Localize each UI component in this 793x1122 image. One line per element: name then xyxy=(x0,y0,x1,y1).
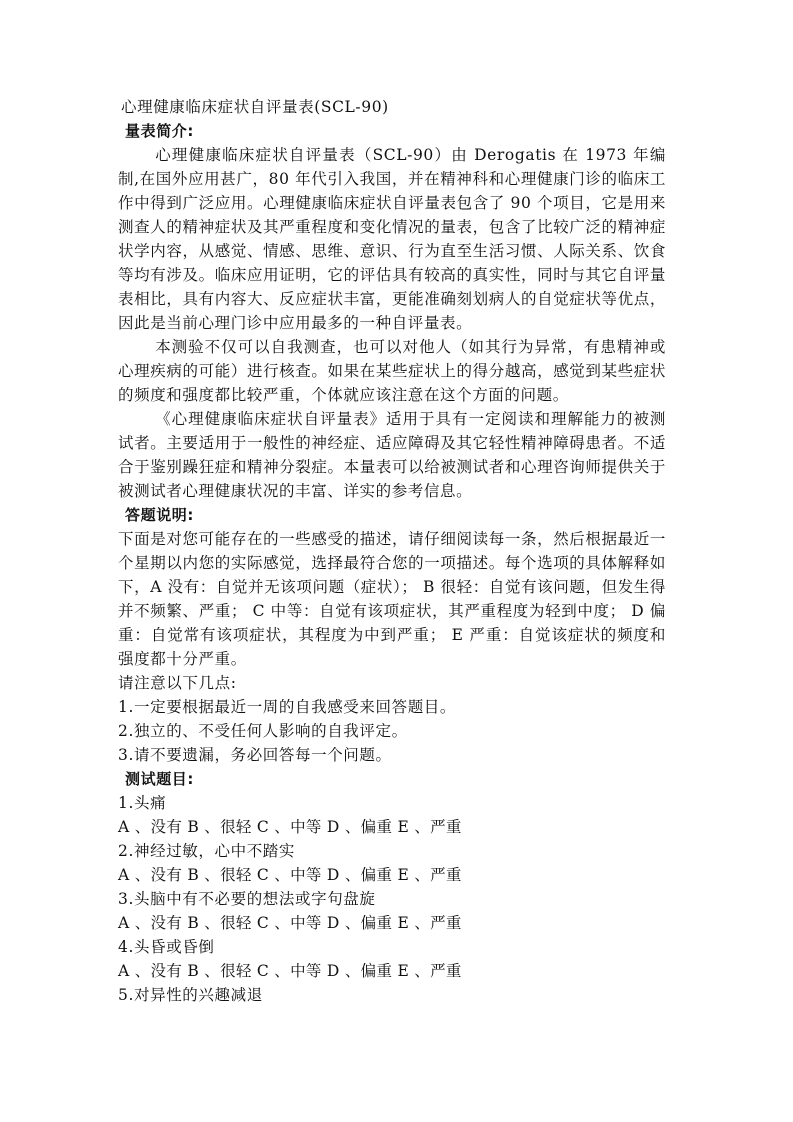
question-options: A 、没有 B 、很轻 C 、中等 D 、偏重 E 、严重 xyxy=(118,863,666,887)
intro-paragraph-1: 心理健康临床症状自评量表（SCL-90）由 Derogatis 在 1973 年… xyxy=(118,143,666,335)
notes-label: 请注意以下几点: xyxy=(118,671,666,695)
intro-paragraph-2: 本测验不仅可以自我测查，也可以对他人（如其行为异常，有患精神或心理疾病的可能）进… xyxy=(118,335,666,407)
questions-heading: 测试题目: xyxy=(118,767,666,791)
question-item: 3.头脑中有不必要的想法或字句盘旋 xyxy=(118,887,666,911)
question-options: A 、没有 B 、很轻 C 、中等 D 、偏重 E 、严重 xyxy=(118,815,666,839)
question-options: A 、没有 B 、很轻 C 、中等 D 、偏重 E 、严重 xyxy=(118,959,666,983)
note-item: 3.请不要遗漏，务必回答每一个问题。 xyxy=(118,743,666,767)
intro-heading: 量表简介: xyxy=(118,119,666,143)
question-item: 2.神经过敏，心中不踏实 xyxy=(118,839,666,863)
note-item: 1.一定要根据最近一周的自我感受来回答题目。 xyxy=(118,695,666,719)
question-item: 5.对异性的兴趣减退 xyxy=(118,983,666,1007)
instructions-heading: 答题说明: xyxy=(118,503,666,527)
instructions-paragraph: 下面是对您可能存在的一些感受的描述，请仔细阅读每一条，然后根据最近一个星期以内您… xyxy=(118,527,666,671)
question-item: 4.头昏或昏倒 xyxy=(118,935,666,959)
document-title: 心理健康临床症状自评量表(SCL-90) xyxy=(118,95,666,119)
document-page: 心理健康临床症状自评量表(SCL-90) 量表简介: 心理健康临床症状自评量表（… xyxy=(118,95,666,1007)
question-options: A 、没有 B 、很轻 C 、中等 D 、偏重 E 、严重 xyxy=(118,911,666,935)
note-item: 2.独立的、不受任何人影响的自我评定。 xyxy=(118,719,666,743)
intro-paragraph-3: 《心理健康临床症状自评量表》适用于具有一定阅读和理解能力的被测试者。主要适用于一… xyxy=(118,407,666,503)
question-item: 1.头痛 xyxy=(118,791,666,815)
